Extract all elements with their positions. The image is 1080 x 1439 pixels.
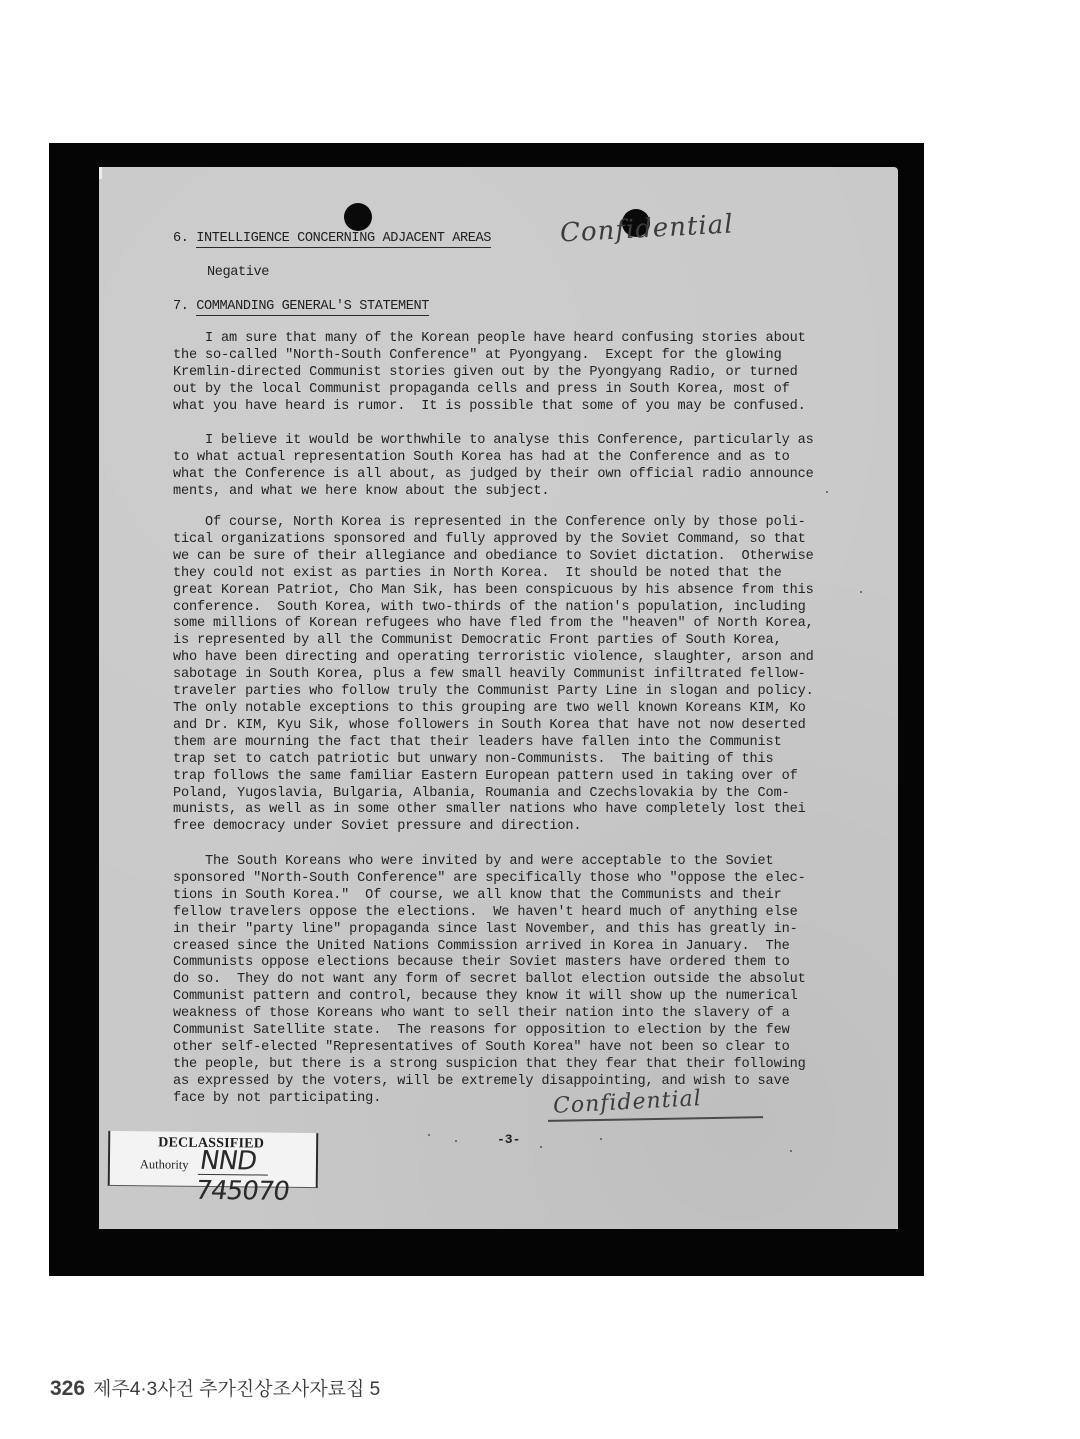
section-6-number: 6. <box>173 231 189 246</box>
section-6-body: Negative <box>207 265 269 280</box>
scan-speck <box>428 1134 430 1136</box>
section-6-heading: 6. INTELLIGENCE CONCERNING ADJACENT AREA… <box>173 231 491 246</box>
scan-speck <box>600 1138 602 1140</box>
paragraph-1: I am sure that many of the Korean people… <box>173 331 806 416</box>
scan-speck <box>540 1146 542 1148</box>
book-title: 제주4·3사건 추가진상조사자료집 5 <box>93 1379 380 1400</box>
section-6-title: INTELLIGENCE CONCERNING ADJACENT AREAS <box>196 231 491 248</box>
authority-label: Authority <box>140 1157 189 1173</box>
section-7-heading: 7. COMMANDING GENERAL'S STATEMENT <box>173 299 429 314</box>
book-footer: 326제주4·3사건 추가진상조사자료집 5 <box>50 1374 380 1401</box>
paragraph-3: Of course, North Korea is represented in… <box>173 515 814 836</box>
section-7-title: COMMANDING GENERAL'S STATEMENT <box>196 299 429 316</box>
paragraph-4: The South Koreans who were invited by an… <box>173 854 806 1108</box>
authority-value: NND 745070 <box>193 1146 320 1207</box>
scan-speck <box>790 1150 792 1152</box>
scan-speck <box>860 591 862 593</box>
book-page-number: 326 <box>50 1377 85 1400</box>
paper-edge-mark <box>99 167 102 179</box>
declassified-stamp: DECLASSIFIED Authority NND 745070 <box>108 1131 319 1188</box>
section-7-number: 7. <box>173 299 189 314</box>
paragraph-2: I believe it would be worthwhile to anal… <box>173 433 814 501</box>
scan-speck <box>455 1140 457 1142</box>
document-page-number: -3- <box>497 1132 520 1147</box>
scan-speck <box>826 491 828 493</box>
punch-hole-left <box>344 203 372 231</box>
